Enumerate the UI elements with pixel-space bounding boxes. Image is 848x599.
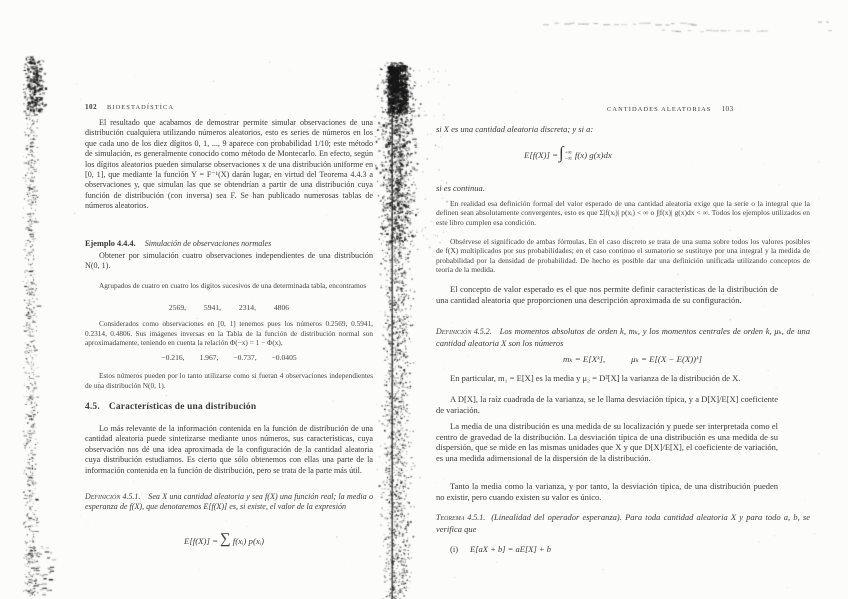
integral-limits: +∞ −∞ [565, 150, 572, 162]
integral-operator: ∫ [559, 143, 564, 163]
expectation-sum-formula: E[f(X)] = ∑ f(xᵢ) p(xᵢ) [184, 532, 264, 549]
section-heading: 4.5.Características de una distribución [85, 402, 256, 412]
random-digit-groups: 2569, 5941, 2314, 4806 [85, 303, 373, 312]
example-heading: Ejemplo 4.4.4.Simulación de observacione… [85, 233, 271, 251]
paragraph-media: La media de una distribución es una medi… [436, 421, 778, 463]
paragraph-simulacion: El resultado que acabamos de demostrar p… [85, 118, 373, 212]
paragraph-desviacion: A D[X], la raíz cuadrada de la varianza,… [436, 394, 778, 415]
left-page-number: 102 [85, 103, 97, 111]
theorem-451: Teorema 4.5.1.(Linealidad del operador e… [436, 512, 810, 534]
paragraph-tanto: Tanto la media como la varianza, y por t… [436, 481, 778, 502]
scanned-book-spread: 102BIOESTADÍSTICA El resultado que acaba… [0, 0, 848, 599]
definition-451-label: Definición 4.5.1. [85, 492, 140, 501]
theorem-451-subtitle: (Linealidad del operador esperanza). [491, 512, 622, 522]
item-i-marker: (i) [450, 544, 458, 554]
paragraph-concepto: El concepto de valor esperado es el que … [436, 284, 778, 305]
paragraph-formal-definition: En realidad esa definición formal del va… [436, 199, 810, 227]
line-continuous-case: si es continua. [436, 183, 778, 194]
item-i-formula: E[aX + b] = aE[X] + b [470, 544, 551, 554]
expectation-integral-formula: E[f(X)] = ∫ +∞ −∞ f(x) g(x)dx [524, 145, 612, 165]
paragraph-caracteristicas: Lo más relevante de la información conte… [85, 424, 373, 476]
example-conclusion: Estos números pueden por lo tanto utiliz… [85, 371, 373, 390]
example-considered-text: Considerados como observaciones en [0, 1… [85, 319, 373, 348]
definition-452-text: Los momentos absolutos de orden k, mₖ, y… [436, 326, 810, 348]
definition-452-label: Definición 4.5.2. [436, 327, 492, 336]
section-number: 4.5. [85, 402, 100, 412]
section-title: Características de una distribución [109, 402, 256, 412]
example-title: Simulación de observaciones normales [145, 239, 272, 248]
right-page-number: 103 [721, 105, 733, 113]
left-running-title: BIOESTADÍSTICA [107, 104, 174, 111]
right-running-title: CANTIDADES ALEATORIAS [607, 106, 711, 113]
formula-sum-lhs: E[f(X)] = [184, 536, 218, 546]
integral-lower-limit: −∞ [565, 156, 572, 162]
definition-451: Definición 4.5.1.Sea X una cantidad alea… [85, 492, 373, 513]
moments-formula: mₖ = E[Xᵏ], μₖ = E[(X − E(X))ᵏ] [563, 354, 702, 365]
theorem-451-label: Teorema 4.5.1. [436, 513, 485, 522]
theorem-item-i: (i)E[aX + b] = aE[X] + b [450, 544, 551, 554]
right-page-header: CANTIDADES ALEATORIAS103 [607, 105, 733, 113]
moments-formula-absolute: mₖ = E[Xᵏ], [563, 354, 605, 365]
formula-sum-rhs: f(xᵢ) p(xᵢ) [233, 536, 264, 546]
left-page-header: 102BIOESTADÍSTICA [85, 103, 174, 111]
moments-formula-central: μₖ = E[(X − E(X))ᵏ] [631, 354, 702, 365]
definition-452: Definición 4.5.2.Los momentos absolutos … [436, 326, 810, 348]
line-discrete-case: si X es una cantidad aleatoria discreta;… [436, 124, 778, 135]
inverse-image-values: −0.216, 1.967, −0.737, −0.0405 [85, 353, 373, 362]
example-intro: Obtener por simulación cuatro observacio… [85, 251, 373, 272]
paragraph-observese: Obsérvese el significado de ambas fórmul… [436, 237, 810, 275]
example-grouped-text: Agrupados de cuatro en cuatro los dígito… [85, 281, 373, 291]
paragraph-particular: En particular, m₁ = E[X] es la media y μ… [436, 373, 778, 384]
example-label: Ejemplo 4.4.4. [85, 239, 136, 248]
formula-int-rhs: f(x) g(x)dx [575, 150, 612, 160]
formula-int-lhs: E[f(X)] = [524, 150, 558, 160]
sigma-operator: ∑ [220, 531, 231, 548]
